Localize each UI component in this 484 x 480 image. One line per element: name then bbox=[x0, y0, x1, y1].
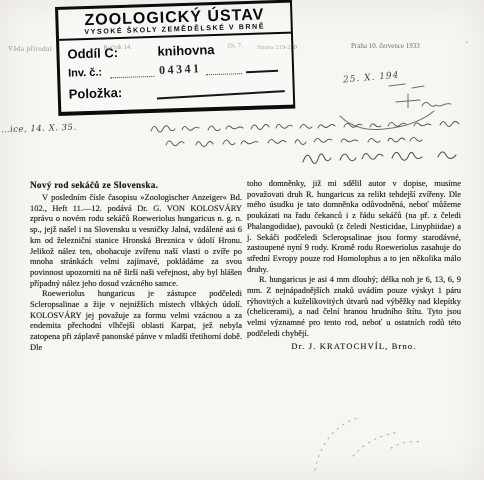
stamp-bottom-rule bbox=[157, 89, 285, 99]
handwritten-place-date-note: …ice, 14. X. 35. bbox=[1, 123, 77, 136]
article-right-column: toho domněnky, již mi sdělil autor v dop… bbox=[247, 178, 461, 352]
paragraph: R. hungaricus je asi 4 mm dlouhý; délka … bbox=[247, 274, 461, 338]
article-byline: Dr. J. KRATOCHVÍL, Brno. bbox=[247, 342, 461, 353]
pen-dash-line bbox=[246, 69, 278, 74]
article-title: Nový rod sekáčů ze Slovenska. bbox=[30, 180, 158, 190]
dotted-leader-line bbox=[110, 75, 154, 78]
paragraph: V posledním čísle časopisu »Zoologischer… bbox=[30, 192, 242, 288]
article-left-column: V posledním čísle časopisu »Zoologischer… bbox=[30, 192, 242, 353]
paragraph: Roeweriolus hungaricus je zástupce podče… bbox=[30, 288, 242, 352]
journal-dateline: Praha 10. července 1933 bbox=[351, 42, 420, 50]
library-stamp: ZOOLOGICKÝ ÚSTAV VYSOKÉ ŠKOLY ZEMĚDĚLSKÉ… bbox=[55, 0, 295, 116]
dotted-leader-line bbox=[206, 72, 242, 75]
dedication-line-2 bbox=[166, 137, 422, 146]
dedication-signature bbox=[303, 152, 456, 164]
journal-name: Věda přírodní bbox=[8, 45, 52, 53]
stamp-inv-label: Inv. č.: bbox=[68, 67, 102, 80]
scanned-document-page: Věda přírodní Strana 219-220 Praha 10. č… bbox=[0, 0, 484, 480]
ghost-issue-print: čís. 7. bbox=[227, 42, 243, 49]
corner-mark: ' bbox=[466, 40, 468, 50]
stamp-item-label: Položka: bbox=[69, 85, 123, 102]
paragraph: toho domněnky, již mi sdělil autor v dop… bbox=[247, 178, 461, 274]
handwritten-dedication-note bbox=[148, 118, 468, 173]
pencil-flourish-marks bbox=[295, 408, 480, 478]
stamp-dept-value: knihovna bbox=[157, 42, 215, 59]
handwritten-inventory-number: 04341 bbox=[159, 61, 202, 78]
ghost-volume-print: Ročník 14. bbox=[103, 44, 132, 52]
dedication-line-1 bbox=[151, 122, 459, 133]
